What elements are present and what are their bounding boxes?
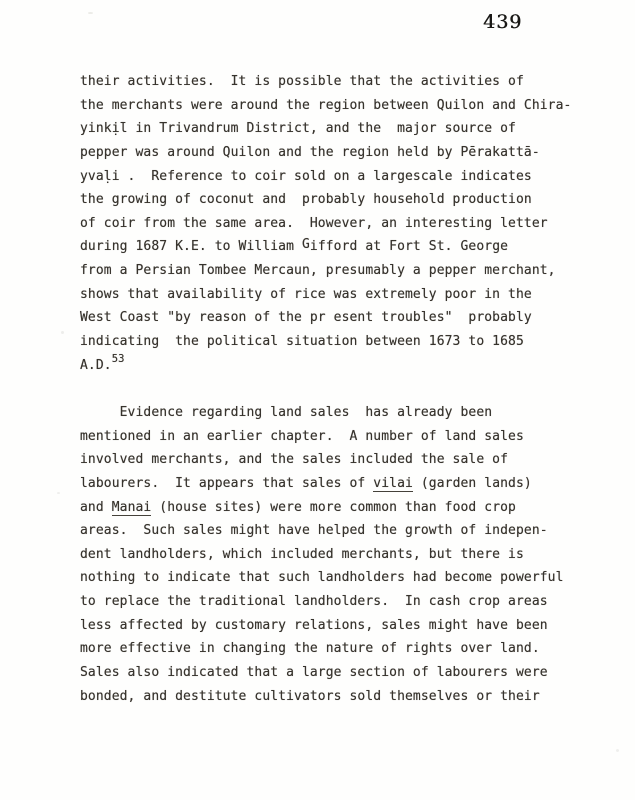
text-line: less affected by customary relations, sa… <box>80 614 585 638</box>
text-segment: dent landholders, which included merchan… <box>80 547 524 562</box>
paper-speck <box>57 492 60 494</box>
paper-speck <box>61 331 64 334</box>
text-segment: indicating the political situation betwe… <box>80 334 524 349</box>
text-line: during 1687 K.E. to William Gifford at F… <box>80 235 585 259</box>
text-segment: Sales also indicated that a large sectio… <box>80 665 548 680</box>
text-line: West Coast "by reason of the pr esent tr… <box>80 306 585 330</box>
text-line: indicating the political situation betwe… <box>80 330 585 354</box>
text-segment: bonded, and destitute cultivators sold t… <box>80 689 540 704</box>
paper-speck <box>616 749 619 752</box>
text-line: A.D.53 <box>80 354 585 378</box>
text-segment: the merchants were around the region bet… <box>80 98 571 113</box>
text-segment: A.D. <box>80 358 112 373</box>
text-segment: pepper was around Quilon and the region … <box>80 145 540 160</box>
text-segment: yvaḷi . Reference to coir sold on a larg… <box>80 169 532 184</box>
text-segment: ifford at Fort St. George <box>310 239 508 254</box>
text-segment: mentioned in an earlier chapter. A numbe… <box>80 429 524 444</box>
text-line: mentioned in an earlier chapter. A numbe… <box>80 425 585 449</box>
page-number: 439 <box>483 11 522 33</box>
blank-line <box>80 377 585 401</box>
underlined-term: vilai <box>373 476 413 493</box>
text-line: areas. Such sales might have helped the … <box>80 519 585 543</box>
text-line: Sales also indicated that a large sectio… <box>80 661 585 685</box>
text-line: yvaḷi . Reference to coir sold on a larg… <box>80 165 585 189</box>
text-segment: Evidence regarding land sales has alread… <box>80 405 492 420</box>
text-segment: nothing to indicate that such landholder… <box>80 570 564 585</box>
text-line: dent landholders, which included merchan… <box>80 543 585 567</box>
text-segment: to replace the traditional landholders. … <box>80 594 548 609</box>
text-segment: yinkị̄l in Trivandrum District, and the … <box>80 121 516 136</box>
text-segment: labourers. It appears that sales of <box>80 476 373 491</box>
text-line: shows that availability of rice was extr… <box>80 283 585 307</box>
text-line: more effective in changing the nature of… <box>80 637 585 661</box>
text-line: involved merchants, and the sales includ… <box>80 448 585 472</box>
text-line: and Manai (house sites) were more common… <box>80 496 585 520</box>
document-page: 439 their activities. It is possible tha… <box>0 0 635 800</box>
paper-speck <box>88 12 93 14</box>
text-segment: (house sites) were more common than food… <box>151 500 516 515</box>
text-line: from a Persian Tombee Mercaun, presumabl… <box>80 259 585 283</box>
text-line: bonded, and destitute cultivators sold t… <box>80 685 585 709</box>
text-line: their activities. It is possible that th… <box>80 70 585 94</box>
text-segment: more effective in changing the nature of… <box>80 641 540 656</box>
text-line: pepper was around Quilon and the region … <box>80 141 585 165</box>
text-segment: and <box>80 500 112 515</box>
underlined-term: Manai <box>112 500 152 517</box>
text-line: labourers. It appears that sales of vila… <box>80 472 585 496</box>
text-segment: from a Persian Tombee Mercaun, presumabl… <box>80 263 556 278</box>
text-segment: the growing of coconut and probably hous… <box>80 192 532 207</box>
text-line: the growing of coconut and probably hous… <box>80 188 585 212</box>
text-line: the merchants were around the region bet… <box>80 94 585 118</box>
text-line: nothing to indicate that such landholder… <box>80 566 585 590</box>
text-segment: involved merchants, and the sales includ… <box>80 452 508 467</box>
text-segment: their activities. It is possible that th… <box>80 74 524 89</box>
text-line: of coir from the same area. However, an … <box>80 212 585 236</box>
text-segment: shows that availability of rice was extr… <box>80 287 532 302</box>
footnote-ref: 53 <box>112 353 125 365</box>
text-segment: areas. Such sales might have helped the … <box>80 523 548 538</box>
text-segment: West Coast "by reason of the pr esent tr… <box>80 310 532 325</box>
text-segment: of coir from the same area. However, an … <box>80 216 548 231</box>
text-line: yinkị̄l in Trivandrum District, and the … <box>80 117 585 141</box>
text-segment: (garden lands) <box>413 476 532 491</box>
text-line: to replace the traditional landholders. … <box>80 590 585 614</box>
text-segment: G <box>302 237 310 252</box>
text-line: Evidence regarding land sales has alread… <box>80 401 585 425</box>
text-segment: less affected by customary relations, sa… <box>80 618 548 633</box>
text-segment: during 1687 K.E. to William <box>80 239 302 254</box>
document-body: their activities. It is possible that th… <box>80 70 585 708</box>
